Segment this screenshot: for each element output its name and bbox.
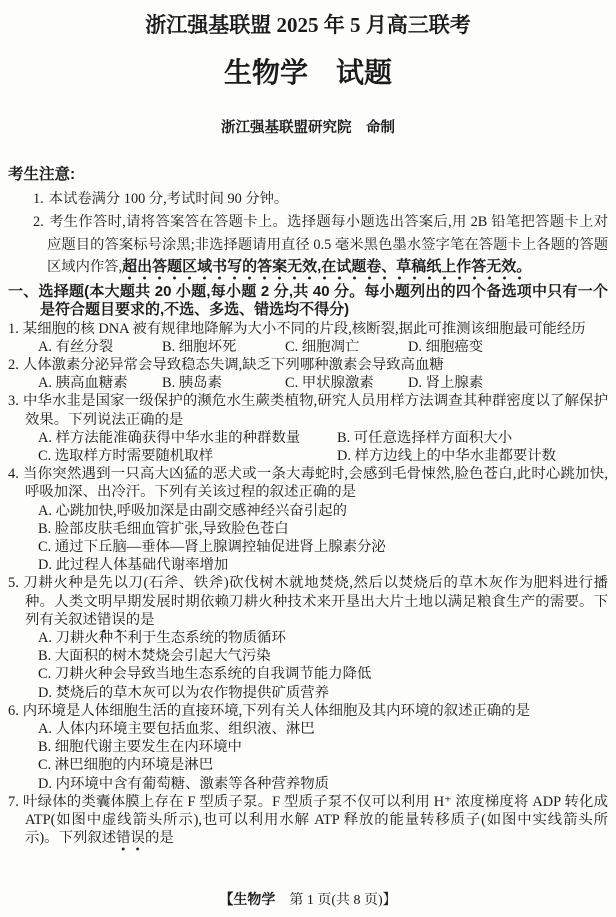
question-1: 1.某细胞的核 DNA 被有规律地降解为大小不同的片段,核断裂,据此可推测该细胞… <box>8 320 608 356</box>
question-7-number: 7. <box>8 794 19 810</box>
question-6-option-c: C. 淋巴细胞的内环境是淋巴 <box>38 756 608 774</box>
question-5-option-b: B. 大面积的树木焚烧会引起大气污染 <box>38 647 608 665</box>
section-heading: 一、选择题(本大题共 20 小题,每小题 2 分,共 40 分。每小题列出的四个… <box>8 283 608 319</box>
question-1-number: 1. <box>8 321 19 337</box>
question-1-option-d: D. 细胞癌变 <box>408 338 608 356</box>
question-1-stem-text: 某细胞的核 DNA 被有规律地降解为大小不同的片段,核断裂,据此可推测该细胞最可… <box>23 321 586 337</box>
question-6-stem-text: 内环境是人体细胞生活的直接环境,下列有关人体细胞及其内环境的叙述正确的是 <box>23 703 530 719</box>
question-3-option-c: C. 选取样方时需要随机取样 <box>38 447 337 465</box>
question-1-option-b: B. 细胞坏死 <box>162 338 285 356</box>
question-4-option-b: B. 脸部皮肤毛细血管扩张,导致脸色苍白 <box>38 520 608 538</box>
question-4-option-d: D. 此过程人体基础代谢率增加 <box>38 556 608 574</box>
notice-item-1-text: 本试卷满分 100 分,考试时间 90 分钟。 <box>49 191 288 207</box>
question-7-stem-emphasis: 错误 <box>116 830 145 852</box>
question-5-options: A. 刀耕火种不利于生态系统的物质循环 B. 大面积的树木焚烧会引起大气污染 C… <box>38 629 608 702</box>
question-4-option-a: A. 心跳加快,呼吸加深是由副交感神经兴奋引起的 <box>38 502 608 520</box>
question-7-stem: 7.叶绿体的类囊体膜上存在 F 型质子泵。F 型质子泵不仅可以利用 H⁺ 浓度梯… <box>8 793 608 848</box>
question-5-option-d: D. 焚烧后的草木灰可以为农作物提供矿质营养 <box>38 684 608 702</box>
question-6-options: A. 人体内环境主要包括血浆、组织液、淋巴 B. 细胞代谢主要发生在内环境中 C… <box>38 720 608 793</box>
question-1-options: A. 有丝分裂 B. 细胞坏死 C. 细胞凋亡 D. 细胞癌变 <box>38 338 608 356</box>
question-5-number: 5. <box>8 575 19 591</box>
question-4: 4.当你突然遇到一只高大凶猛的恶犬或一条大毒蛇时,会感到毛骨悚然,脸色苍白,此时… <box>8 465 608 574</box>
footer-subject: 【生物学 <box>219 891 275 907</box>
question-6-option-b: B. 细胞代谢主要发生在内环境中 <box>38 738 608 756</box>
question-6-option-a: A. 人体内环境主要包括血浆、组织液、淋巴 <box>38 720 608 738</box>
question-7: 7.叶绿体的类囊体膜上存在 F 型质子泵。F 型质子泵不仅可以利用 H⁺ 浓度梯… <box>8 793 608 848</box>
exam-header-title: 浙江强基联盟 2025 年 5 月高三联考 <box>8 12 608 39</box>
question-2-options: A. 胰高血糖素 B. 胰岛素 C. 甲状腺激素 D. 肾上腺素 <box>38 374 608 392</box>
question-4-options: A. 心跳加快,呼吸加深是由副交感神经兴奋引起的 B. 脸部皮肤毛细血管扩张,导… <box>38 502 608 575</box>
question-5-stem-tail: 的是 <box>126 612 155 628</box>
notice-item-1: 1.本试卷满分 100 分,考试时间 90 分钟。 <box>33 188 608 211</box>
exam-page: 浙江强基联盟 2025 年 5 月高三联考 生物学 试题 浙江强基联盟研究院 命… <box>0 0 616 917</box>
question-4-stem: 4.当你突然遇到一只高大凶猛的恶犬或一条大毒蛇时,会感到毛骨悚然,脸色苍白,此时… <box>8 465 608 501</box>
question-2-option-a: A. 胰高血糖素 <box>38 374 162 392</box>
question-4-number: 4. <box>8 466 19 482</box>
question-1-option-c: C. 细胞凋亡 <box>285 338 408 356</box>
notice-heading: 考生注意: <box>8 165 608 184</box>
question-6-number: 6. <box>8 703 19 719</box>
notice-item-2-number: 2. <box>33 214 44 230</box>
footer-page-number: 第 1 页(共 8 页)】 <box>275 893 396 908</box>
question-5-stem: 5.刀耕火种是先以刀(石斧、铁斧)砍伐树木就地焚烧,然后以焚烧后的草木灰作为肥料… <box>8 574 608 629</box>
notice-item-2-emphasis: 超出答题区域书写的答案无效,在试题卷、草稿纸上作答无效。 <box>122 258 531 281</box>
notice-item-1-number: 1. <box>33 191 44 207</box>
page-footer: 【生物学 第 1 页(共 8 页)】 <box>0 891 616 909</box>
question-2: 2.人体激素分泌异常会导致稳态失调,缺乏下列哪种激素会导致高血糖 A. 胰高血糖… <box>8 356 608 392</box>
question-1-stem: 1.某细胞的核 DNA 被有规律地降解为大小不同的片段,核断裂,据此可推测该细胞… <box>8 320 608 338</box>
question-6-stem: 6.内环境是人体细胞生活的直接环境,下列有关人体细胞及其内环境的叙述正确的是 <box>8 702 608 720</box>
question-7-stem-tail: 的是 <box>145 830 174 846</box>
question-2-stem: 2.人体激素分泌异常会导致稳态失调,缺乏下列哪种激素会导致高血糖 <box>8 356 608 374</box>
notice-item-2: 2.考生作答时,请将答案答在答题卡上。选择题每小题选出答案后,用 2B 铅笔把答… <box>33 211 608 279</box>
question-3-option-a: A. 样方法能准确获得中华水韭的种群数量 <box>38 429 337 447</box>
question-5: 5.刀耕火种是先以刀(石斧、铁斧)砍伐树木就地焚烧,然后以焚烧后的草木灰作为肥料… <box>8 574 608 701</box>
subject-title: 生物学 试题 <box>8 57 608 91</box>
question-2-stem-text: 人体激素分泌异常会导致稳态失调,缺乏下列哪种激素会导致高血糖 <box>23 357 444 373</box>
issuer-line: 浙江强基联盟研究院 命制 <box>8 119 608 137</box>
question-4-option-c: C. 通过下丘脑—垂体—肾上腺调控轴促进肾上腺素分泌 <box>38 538 608 556</box>
question-5-option-a: A. 刀耕火种不利于生态系统的物质循环 <box>38 629 608 647</box>
notice-section: 考生注意: 1.本试卷满分 100 分,考试时间 90 分钟。 2.考生作答时,… <box>8 165 608 279</box>
question-2-option-c: C. 甲状腺激素 <box>285 374 408 392</box>
question-3-stem: 3.中华水韭是国家一级保护的濒危水生蕨类植物,研究人员用样方法调查其种群密度以了… <box>8 392 608 428</box>
question-list: 1.某细胞的核 DNA 被有规律地降解为大小不同的片段,核断裂,据此可推测该细胞… <box>8 320 608 848</box>
question-3: 3.中华水韭是国家一级保护的濒危水生蕨类植物,研究人员用样方法调查其种群密度以了… <box>8 392 608 465</box>
question-2-option-b: B. 胰岛素 <box>162 374 285 392</box>
question-3-option-d: D. 样方边线上的中华水韭都要计数 <box>337 447 608 465</box>
question-3-options: A. 样方法能准确获得中华水韭的种群数量 B. 可任意选择样方面积大小 C. 选… <box>38 429 608 465</box>
question-1-option-a: A. 有丝分裂 <box>38 338 162 356</box>
question-2-number: 2. <box>8 357 19 373</box>
question-3-stem-text: 中华水韭是国家一级保护的濒危水生蕨类植物,研究人员用样方法调查其种群密度以了解保… <box>23 393 608 427</box>
notice-items: 1.本试卷满分 100 分,考试时间 90 分钟。 2.考生作答时,请将答案答在… <box>8 188 608 279</box>
question-6-option-d: D. 内环境中含有葡萄糖、激素等各种营养物质 <box>38 775 608 793</box>
question-6: 6.内环境是人体细胞生活的直接环境,下列有关人体细胞及其内环境的叙述正确的是 A… <box>8 702 608 793</box>
question-3-option-b: B. 可任意选择样方面积大小 <box>337 429 608 447</box>
question-7-stem-text: 叶绿体的类囊体膜上存在 F 型质子泵。F 型质子泵不仅可以利用 H⁺ 浓度梯度将… <box>23 794 608 846</box>
question-4-stem-text: 当你突然遇到一只高大凶猛的恶犬或一条大毒蛇时,会感到毛骨悚然,脸色苍白,此时心跳… <box>23 466 608 500</box>
question-2-option-d: D. 肾上腺素 <box>408 374 608 392</box>
question-3-number: 3. <box>8 393 19 409</box>
question-5-option-c: C. 刀耕火种会导致当地生态系统的自我调节能力降低 <box>38 665 608 683</box>
